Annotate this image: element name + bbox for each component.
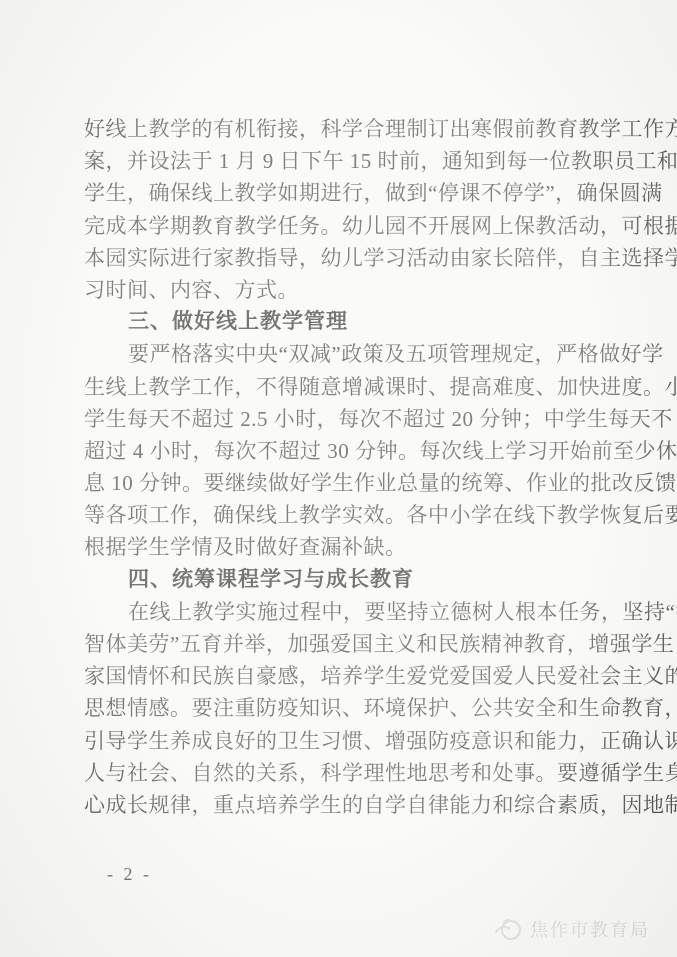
text-line: 在线上教学实施过程中，要坚持立德树人根本任务，坚持“德 (84, 596, 598, 628)
text-line: 思想情感。要注重防疫知识、环境保护、公共安全和生命教育， (84, 692, 598, 724)
text-line: 心成长规律，重点培养学生的自学自律能力和综合素质，因地制 (84, 789, 598, 821)
bureau-seal-logo-icon (493, 916, 523, 942)
text-line: 生线上教学工作，不得随意增减课时、提高难度、加快进度。小 (84, 371, 598, 403)
text-line: 引导学生养成良好的卫生习惯、增强防疫意识和能力，正确认识 (84, 725, 598, 757)
section-heading: 四、统筹课程学习与成长教育 (84, 564, 598, 596)
text-line: 人与社会、自然的关系，科学理性地思考和处事。要遵循学生身 (84, 757, 598, 789)
watermark: 焦作市教育局 (493, 916, 650, 942)
text-line: 完成本学期教育教学任务。幼儿园不开展网上保教活动，可根据 (84, 210, 598, 242)
text-line: 学生，确保线上教学如期进行，做到“停课不停学”，确保圆满 (84, 177, 598, 209)
text-line: 根据学生学情及时做好查漏补缺。 (84, 531, 598, 563)
text-line: 超过 4 小时，每次不超过 30 分钟。每次线上学习开始前至少休 (84, 435, 598, 467)
document-page: 好线上教学的有机衔接，科学合理制订出寒假前教育教学工作方案，并设法于 1 月 9… (0, 0, 677, 957)
section-heading: 三、做好线上教学管理 (84, 306, 598, 338)
text-line: 要严格落实中央“双减”政策及五项管理规定，严格做好学 (84, 338, 598, 370)
text-line: 等各项工作，确保线上教学实效。各中小学在线下教学恢复后要 (84, 499, 598, 531)
text-line: 习时间、内容、方式。 (84, 274, 598, 306)
text-line: 家国情怀和民族自豪感，培养学生爱党爱国爱人民爱社会主义的 (84, 660, 598, 692)
watermark-label: 焦作市教育局 (530, 916, 650, 942)
document-body: 好线上教学的有机衔接，科学合理制订出寒假前教育教学工作方案，并设法于 1 月 9… (84, 113, 598, 821)
text-line: 息 10 分钟。要继续做好学生作业总量的统筹、作业的批改反馈 (84, 467, 598, 499)
text-line: 学生每天不超过 2.5 小时，每次不超过 20 分钟；中学生每天不 (84, 403, 598, 435)
text-line: 好线上教学的有机衔接，科学合理制订出寒假前教育教学工作方 (84, 113, 598, 145)
text-line: 智体美劳”五育并举，加强爱国主义和民族精神教育，增强学生 (84, 628, 598, 660)
text-line: 案，并设法于 1 月 9 日下午 15 时前，通知到每一位教职员工和 (84, 145, 598, 177)
page-number: - 2 - (107, 864, 152, 885)
text-line: 本园实际进行家教指导，幼儿学习活动由家长陪伴，自主选择学 (84, 242, 598, 274)
